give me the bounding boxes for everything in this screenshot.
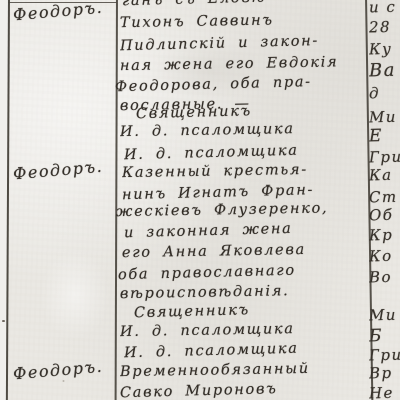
margin-fragment: 28: [369, 18, 400, 41]
margin-fragment: Ва: [369, 60, 400, 83]
child-name-entry: Феодоръ.: [12, 0, 115, 24]
margin-fragment: Не: [369, 384, 400, 400]
paper-stain: [40, 250, 110, 340]
margin-fragment: Кр: [369, 226, 400, 249]
paper-speck: [2, 320, 5, 322]
margin-fragment: Е: [369, 126, 400, 149]
metrical-book-page: Феодоръ. Феодоръ. Феодоръ. ганъ съ Еловѣ…: [0, 0, 400, 400]
margin-fragment: Ко: [369, 247, 400, 270]
child-name-entry: Феодоръ.: [12, 356, 115, 384]
table-rule-name-divider: [115, 0, 118, 400]
margin-fragment: Ка: [369, 166, 400, 189]
child-name-entry: Феодоръ.: [12, 156, 115, 184]
